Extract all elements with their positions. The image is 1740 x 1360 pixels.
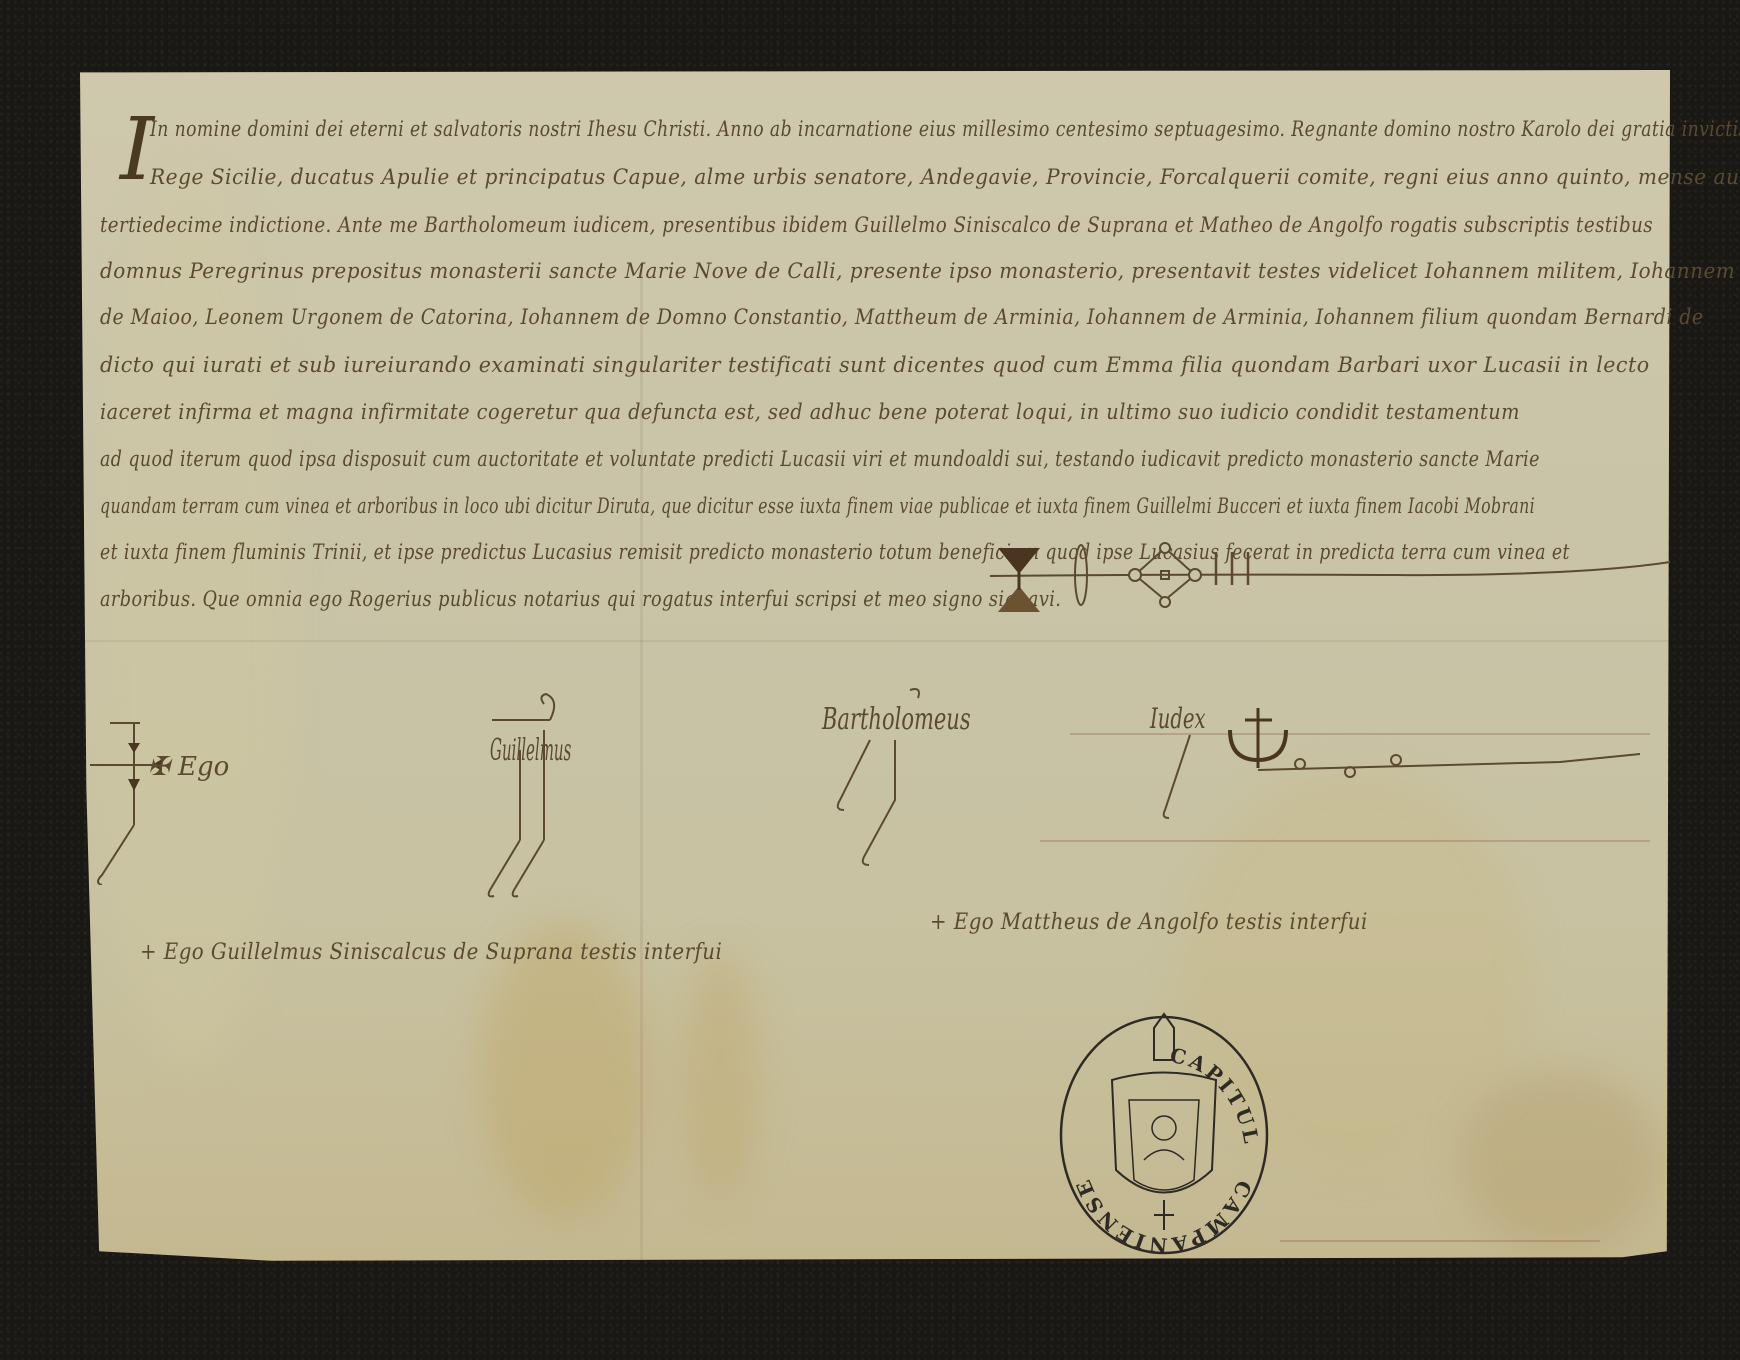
ruled-line xyxy=(1280,1240,1600,1242)
ruled-line xyxy=(1040,840,1650,842)
body-line-11: arboribus. Que omnia ego Rogerius public… xyxy=(100,587,1061,611)
judge-signum-text: Iudex xyxy=(1150,702,1206,735)
body-line-3: tertiedecime indictione. Ante me Barthol… xyxy=(100,213,1653,237)
body-line-4: domnus Peregrinus prepositus monasterii … xyxy=(100,259,1735,283)
decorated-initial: I xyxy=(120,100,154,200)
witness-line-2: + Ego Mattheus de Angolfo testis interfu… xyxy=(930,910,1368,935)
witness-monogram-icon xyxy=(480,690,600,900)
witness-line-1: + Ego Guillelmus Siniscalcus de Suprana … xyxy=(140,940,722,965)
body-line-5: de Maioo, Leonem Urgonem de Catorina, Io… xyxy=(100,305,1703,329)
notarial-signum-icon xyxy=(980,540,1680,630)
judge-monogram-text: Bartholomeus xyxy=(822,702,971,737)
body-line-6: dicto qui iurati et sub iureiurando exam… xyxy=(100,353,1650,377)
body-line-9: quandam terram cum vinea et arboribus in… xyxy=(100,494,1535,518)
seal-inscription-top: CAPITULUM xyxy=(1054,1010,1264,1147)
cross-signum-icon xyxy=(80,715,260,885)
body-line-8: ad quod iterum quod ipsa disposuit cum a… xyxy=(100,447,1540,471)
fold-crease xyxy=(80,640,1670,642)
stain xyxy=(480,920,650,1220)
subscription-ego: ✠ Ego xyxy=(148,752,229,782)
judge-signum-icon xyxy=(1160,690,1660,830)
body-line-2: Rege Sicilie, ducatus Apulie et principa… xyxy=(150,165,1740,189)
stain xyxy=(680,950,760,1200)
body-line-1: In nomine domini dei eterni et salvatori… xyxy=(150,117,1740,141)
witness-monogram-text: Guillelmus xyxy=(490,733,571,768)
stain xyxy=(1460,1070,1660,1250)
svg-text:CAPITULUM: CAPITULUM xyxy=(1054,1010,1264,1147)
chapter-seal-stamp: CAPITULUM CAMPANIENSE xyxy=(1054,1010,1274,1255)
body-line-7: iaceret infirma et magna infirmitate cog… xyxy=(100,400,1520,424)
parchment-sheet xyxy=(80,70,1670,1268)
